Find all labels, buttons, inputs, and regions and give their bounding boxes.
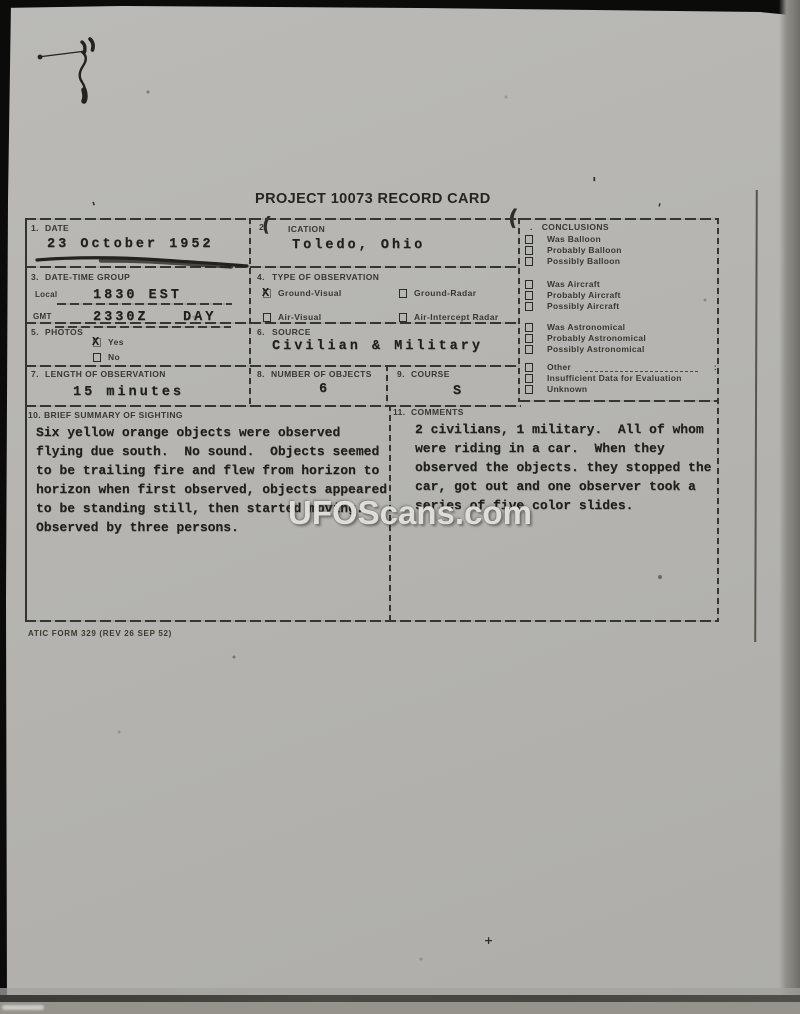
- field-number: 5.: [31, 328, 39, 337]
- conclusion-option: Probably Astronomical: [518, 333, 717, 344]
- option-label: Was Astronomical: [547, 323, 625, 332]
- date-value: 23 October 1952: [47, 237, 214, 252]
- option-label: Air-Intercept Radar: [414, 313, 499, 322]
- air-visual-option: Air-Visual: [263, 313, 322, 322]
- scanner-background: [0, 1002, 800, 1014]
- option-label: Probably Astronomical: [547, 334, 646, 343]
- field-number: 11.: [393, 408, 406, 417]
- checkbox: [93, 353, 101, 362]
- row-divider: [25, 365, 519, 367]
- option-label: No: [108, 353, 120, 362]
- scan-artifact-apostrophe: ': [592, 174, 597, 192]
- brief-summary-label: BRIEF SUMMARY OF SIGHTING: [44, 411, 183, 420]
- option-label: Insufficient Data for Evaluation: [547, 374, 682, 383]
- checkbox: [525, 257, 533, 266]
- checkbox: [525, 246, 533, 255]
- field-number: 8.: [257, 370, 265, 379]
- column-divider: [249, 218, 251, 406]
- conclusions-label: CONCLUSIONS: [542, 223, 609, 232]
- field-number: 3.: [31, 273, 39, 282]
- conclusion-option: Possibly Balloon: [518, 256, 717, 267]
- course-label: COURSE: [411, 370, 450, 379]
- ground-visual-option: X Ground-Visual: [263, 289, 342, 298]
- other-line-end: :: [714, 363, 717, 372]
- location-label: ICATION: [288, 225, 325, 234]
- conclusions-header: . CONCLUSIONS: [530, 223, 609, 232]
- conclusion-option: Unknown: [518, 384, 717, 395]
- option-label: Possibly Astronomical: [547, 345, 645, 354]
- checkbox: [525, 374, 533, 383]
- comments-label: COMMENTS: [411, 408, 464, 417]
- scanned-document: ( ( ' ' ' + PROJECT 10073 RECORD CARD 1.…: [0, 0, 800, 1014]
- option-label: Other: [547, 363, 571, 372]
- photos-label: PHOTOS: [45, 328, 83, 337]
- header-dot: .: [530, 223, 533, 232]
- page-right-edge-shadow: [779, 0, 800, 1014]
- checkbox: [263, 313, 271, 322]
- handwritten-underline: [31, 254, 256, 270]
- field-number: 9.: [397, 370, 405, 379]
- option-label: Ground-Radar: [414, 289, 476, 298]
- date-label: DATE: [45, 224, 69, 233]
- course-value: S: [453, 384, 464, 399]
- checkbox: [525, 323, 533, 332]
- card-edge-line: [754, 190, 758, 642]
- option-label: Possibly Aircraft: [547, 302, 619, 311]
- dust-specks: [0, 0, 2, 2]
- field-number: 4.: [257, 273, 265, 282]
- gmt-day-value: DAY: [183, 310, 216, 325]
- option-label: Air-Visual: [278, 313, 322, 322]
- conclusion-option: Probably Aircraft: [518, 290, 717, 301]
- checkbox: [525, 385, 533, 394]
- checkbox: [525, 280, 533, 289]
- other-fill-line: [585, 364, 698, 372]
- check-x-mark: X: [92, 335, 99, 349]
- field-number: 2: [259, 223, 264, 232]
- watermark: UFOScans.com: [288, 494, 532, 532]
- balloon-group: Was Balloon Probably Balloon Possibly Ba…: [518, 234, 717, 267]
- checkbox: [399, 289, 407, 298]
- aircraft-group: Was Aircraft Probably Aircraft Possibly …: [518, 279, 717, 312]
- type-of-observation-label: TYPE OF OBSERVATION: [272, 273, 379, 282]
- option-label: Was Balloon: [547, 235, 601, 244]
- conclusion-option: Was Balloon: [518, 234, 717, 245]
- form-id-footer: ATIC FORM 329 (REV 26 SEP 52): [28, 629, 172, 638]
- source-label: SOURCE: [272, 328, 311, 337]
- photos-yes-option: X Yes: [93, 338, 124, 347]
- number-of-objects-value: 6: [319, 382, 330, 397]
- source-value: Civilian & Military: [272, 339, 483, 354]
- conclusions-list: Was Balloon Probably Balloon Possibly Ba…: [518, 234, 717, 395]
- location-value: Toledo, Ohio: [292, 238, 425, 253]
- field-number: 7.: [31, 370, 39, 379]
- photos-no-option: No: [93, 353, 120, 362]
- conclusion-option: Insufficient Data for Evaluation: [518, 373, 717, 384]
- option-label: Yes: [108, 338, 124, 347]
- card-left-border: [25, 218, 27, 622]
- conclusions-section: . CONCLUSIONS Was Balloon Probably Ballo…: [518, 218, 717, 402]
- handwritten-scribble: [30, 34, 102, 106]
- ground-radar-option: Ground-Radar: [399, 289, 476, 298]
- astronomical-group: Was Astronomical Probably Astronomical P…: [518, 322, 717, 355]
- date-time-group-label: DATE-TIME GROUP: [45, 273, 130, 282]
- check-x-mark: X: [262, 286, 269, 300]
- column-divider: [386, 365, 388, 406]
- local-underline: [57, 303, 232, 305]
- checkbox: [525, 235, 533, 244]
- checkbox: X: [93, 338, 101, 347]
- conclusion-option: Probably Balloon: [518, 245, 717, 256]
- option-label: Unknown: [547, 385, 587, 394]
- scan-light-streak: [2, 1005, 44, 1010]
- conclusion-option: Other:: [518, 362, 717, 373]
- conclusion-option: Was Aircraft: [518, 279, 717, 290]
- field-number: 6.: [257, 328, 265, 337]
- record-card: 1. DATE 23 October 1952 2 ICATION Toledo…: [25, 218, 719, 622]
- conclusion-option: Was Astronomical: [518, 322, 717, 333]
- length-of-observation-value: 15 minutes: [73, 385, 184, 400]
- option-label: Possibly Balloon: [547, 257, 620, 266]
- scan-artifact-plus: +: [484, 934, 493, 947]
- gmt-label: GMT: [33, 313, 52, 321]
- gmt-value: 2330Z: [93, 310, 149, 325]
- checkbox: X: [263, 289, 271, 298]
- page-title: PROJECT 10073 RECORD CARD: [255, 191, 491, 207]
- checkbox: [525, 334, 533, 343]
- checkbox: [525, 363, 533, 372]
- card-bottom-border: [25, 620, 719, 622]
- page-bottom-edge: [0, 995, 800, 1002]
- scan-artifact-tick: ': [656, 201, 663, 215]
- air-intercept-radar-option: Air-Intercept Radar: [399, 313, 499, 322]
- checkbox: [525, 302, 533, 311]
- field-number: 10.: [28, 411, 41, 420]
- option-label: Probably Aircraft: [547, 291, 621, 300]
- scan-artifact-tick: ': [91, 200, 99, 215]
- checkbox: [525, 291, 533, 300]
- field-number: 1.: [31, 224, 39, 233]
- length-of-observation-label: LENGTH OF OBSERVATION: [45, 370, 166, 379]
- conclusion-option: Possibly Aircraft: [518, 301, 717, 312]
- other-group: Other: Insufficient Data for Evaluation …: [518, 362, 717, 395]
- option-label: Was Aircraft: [547, 280, 600, 289]
- checkbox: [525, 345, 533, 354]
- option-label: Probably Balloon: [547, 246, 622, 255]
- page-bottom-shadow: [0, 988, 800, 995]
- number-of-objects-label: NUMBER OF OBJECTS: [271, 370, 372, 379]
- local-value: 1830 EST: [93, 288, 182, 303]
- option-label: Ground-Visual: [278, 289, 342, 298]
- local-label: Local: [35, 291, 57, 299]
- conclusion-option: Possibly Astronomical: [518, 344, 717, 355]
- checkbox: [399, 313, 407, 322]
